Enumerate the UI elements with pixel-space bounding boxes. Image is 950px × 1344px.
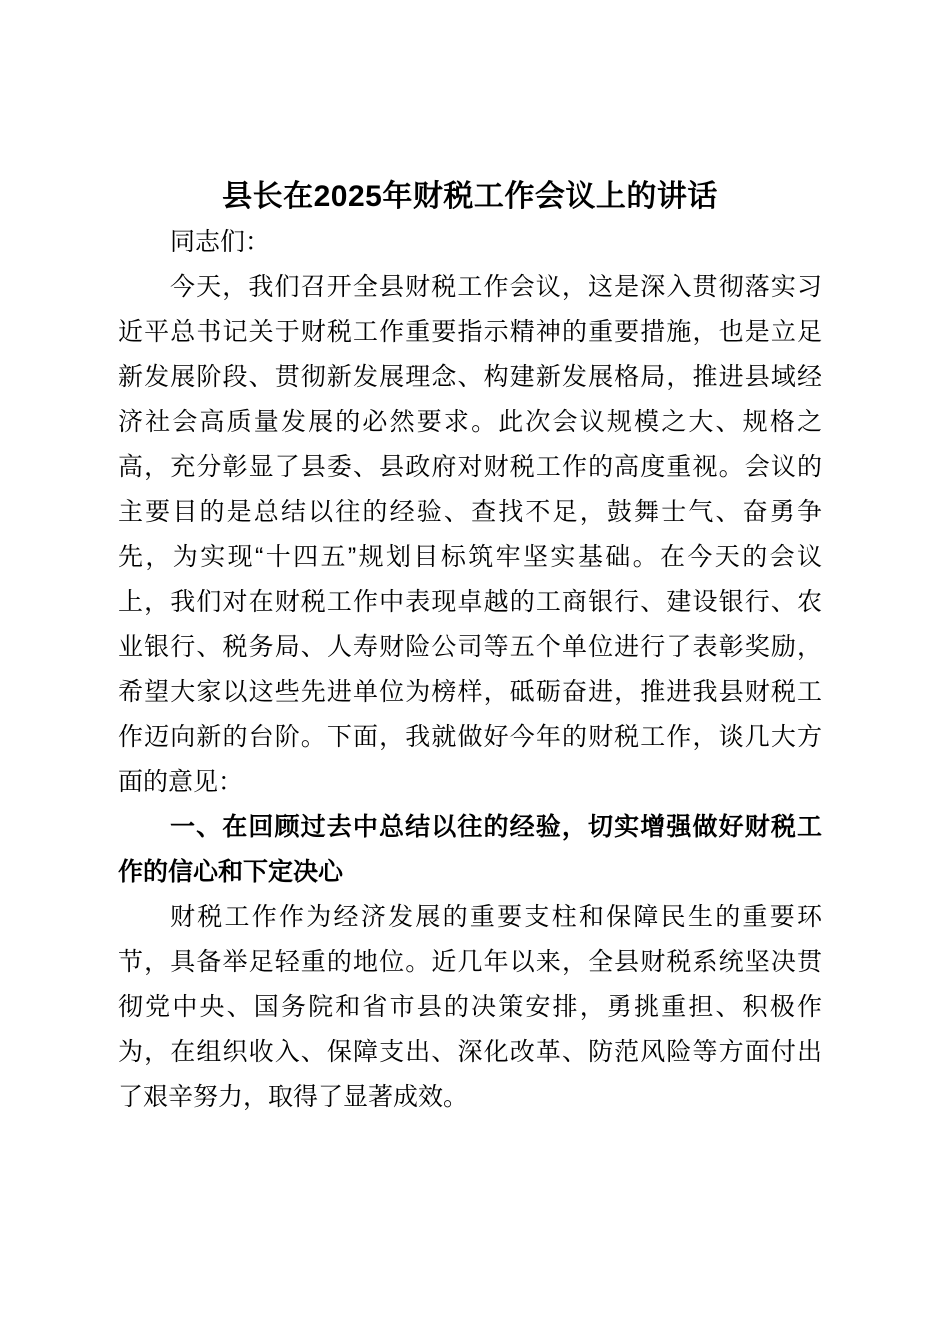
- body-text-line: 高，充分彰显了县委、县政府对财税工作的高度重视。会议的: [118, 445, 822, 490]
- body-text-line: 上，我们对在财税工作中表现卓越的工商银行、建设银行、农: [118, 580, 822, 625]
- document-title: 县长在2025年财税工作会议上的讲话: [118, 174, 822, 220]
- body-text-line: 节，具备举足轻重的地位。近几年以来，全县财税系统坚决贯: [118, 940, 822, 985]
- body-text-line: 财税工作作为经济发展的重要支柱和保障民生的重要环: [118, 895, 822, 940]
- document-page: 县长在2025年财税工作会议上的讲话 同志们：今天，我们召开全县财税工作会议，这…: [0, 0, 950, 1344]
- body-text-line: 彻党中央、国务院和省市县的决策安排，勇挑重担、积极作: [118, 985, 822, 1030]
- body-text-line: 近平总书记关于财税工作重要指示精神的重要措施，也是立足: [118, 310, 822, 355]
- body-text-line: 面的意见：: [118, 760, 822, 805]
- salutation-line: 同志们：: [118, 220, 822, 265]
- body-text-line: 为，在组织收入、保障支出、深化改革、防范风险等方面付出: [118, 1030, 822, 1075]
- section-heading-line: 作的信心和下定决心: [118, 850, 822, 895]
- section-heading-line: 一、在回顾过去中总结以往的经验，切实增强做好财税工: [118, 805, 822, 850]
- document-content: 县长在2025年财税工作会议上的讲话 同志们：今天，我们召开全县财税工作会议，这…: [0, 0, 950, 1120]
- body-text-line: 今天，我们召开全县财税工作会议，这是深入贯彻落实习: [118, 265, 822, 310]
- document-body: 同志们：今天，我们召开全县财税工作会议，这是深入贯彻落实习近平总书记关于财税工作…: [118, 220, 822, 1120]
- body-text-line: 济社会高质量发展的必然要求。此次会议规模之大、规格之: [118, 400, 822, 445]
- body-text-line: 业银行、税务局、人寿财险公司等五个单位进行了表彰奖励，: [118, 625, 822, 670]
- body-text-line: 主要目的是总结以往的经验、查找不足，鼓舞士气、奋勇争: [118, 490, 822, 535]
- body-text-line: 先，为实现“十四五”规划目标筑牢坚实基础。在今天的会议: [118, 535, 822, 580]
- body-text-line: 希望大家以这些先进单位为榜样，砥砺奋进，推进我县财税工: [118, 670, 822, 715]
- body-text-line: 了艰辛努力，取得了显著成效。: [118, 1075, 822, 1120]
- body-text-line: 新发展阶段、贯彻新发展理念、构建新发展格局，推进县域经: [118, 355, 822, 400]
- body-text-line: 作迈向新的台阶。下面，我就做好今年的财税工作，谈几大方: [118, 715, 822, 760]
